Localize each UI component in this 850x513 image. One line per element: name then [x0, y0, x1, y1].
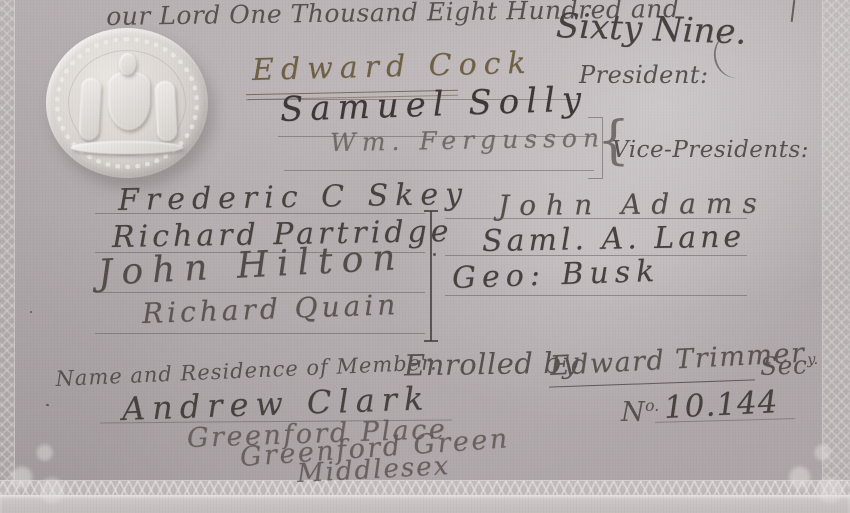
number-prefix-text: N — [621, 397, 645, 428]
seal-shield — [108, 72, 150, 130]
divider-cap-bottom — [424, 340, 438, 342]
divider-dot — [433, 253, 436, 256]
secretary-abbreviation: Secy. — [760, 350, 819, 381]
vice-president-signature-2: Wm. Fergusson — [330, 123, 605, 157]
council-signature: Frederic C Skey — [118, 177, 470, 218]
council-signature: John Adams — [498, 187, 767, 222]
vice-president-signature-1: Samuel Solly — [279, 79, 588, 130]
ruled-line — [445, 295, 747, 296]
ink-speck — [46, 404, 50, 407]
embossed-border-bottom-band — [0, 495, 850, 513]
seal-base-compartment — [71, 141, 183, 154]
council-signature: Richard Quain — [141, 288, 399, 330]
ruled-line — [95, 213, 425, 214]
certificate-photo: our Lord One Thousand Eight Hundred and … — [0, 0, 850, 513]
pen-flourish-stroke — [791, 0, 796, 22]
vice-presidents-label: Vice-Presidents: — [612, 137, 809, 163]
number-prefix-superscript: o. — [645, 396, 659, 415]
president-label: President: — [579, 61, 709, 89]
embossed-border-bottom-lattice — [0, 481, 850, 495]
secretary-abbrev-text: Sec — [760, 350, 808, 381]
embossed-college-seal — [46, 28, 208, 178]
seal-supporter-figure-left — [78, 78, 101, 141]
council-signature: Saml. A. Lane — [482, 219, 746, 259]
ruled-line-vp-2 — [284, 170, 594, 171]
signature-column-divider — [430, 211, 432, 341]
seal-crest — [119, 53, 136, 75]
embossed-corner-ornament-right — [778, 428, 850, 510]
secretary-abbrev-superscript: y. — [807, 352, 818, 368]
ruled-line — [445, 218, 747, 219]
ruled-line — [95, 333, 425, 334]
ink-speck — [30, 311, 32, 313]
number-prefix: No. — [621, 396, 659, 428]
seal-supporter-figure-right — [154, 81, 177, 142]
council-signature: Geo: Busk — [451, 254, 660, 296]
divider-cap-top — [424, 210, 438, 212]
embossed-corner-ornament-left — [0, 428, 72, 510]
